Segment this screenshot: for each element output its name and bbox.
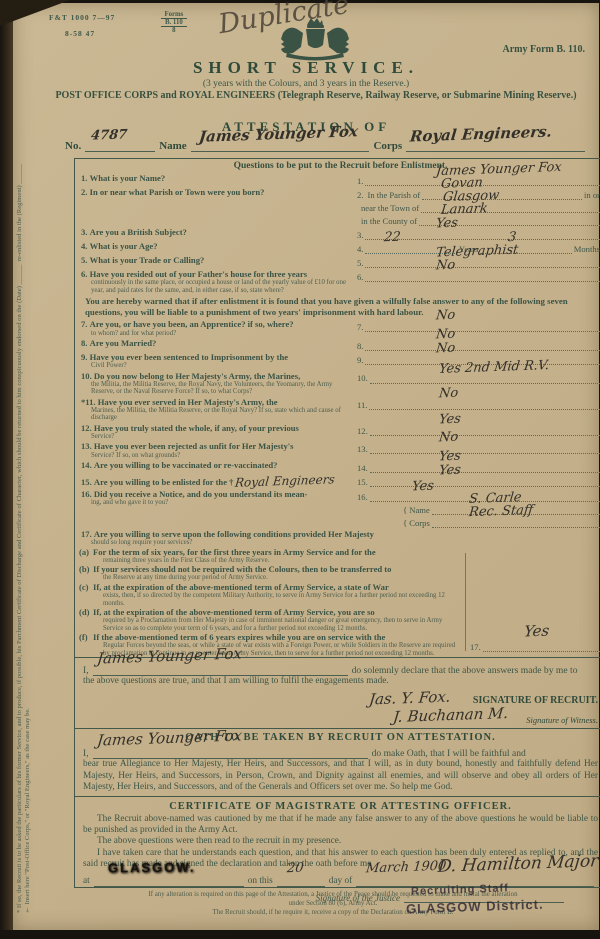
question-number: 16. [81, 489, 92, 499]
condition-label: (c) [79, 582, 89, 592]
day-value: 20 [286, 861, 304, 877]
question-small-print: the Militia, the Militia Reserve, the Ro… [81, 381, 349, 396]
declaration-section: I, James Younger Fox do solemnly declare… [75, 657, 600, 728]
question-text-cell: 10. Do you now belong to Her Majesty's A… [81, 371, 353, 396]
corps-field: Royal Engineers. [406, 137, 585, 152]
question-row-3: 3. Are you a British Subject?3.Yes [75, 226, 600, 240]
answer-number: 4. [357, 244, 363, 254]
answer-dots-value: No [436, 308, 457, 324]
question-small-print: Service? If so, on what grounds? [81, 452, 349, 459]
margin-note-insert-corps: † Insert here "Post-Office Corps," or "R… [24, 83, 32, 913]
question-text-cell: 16. Did you receive a Notice, and do you… [81, 489, 353, 528]
question-small-print: to whom? and for what period? [81, 330, 349, 337]
condition-label: (a) [79, 547, 89, 557]
question-row-5: 5. What is your Trade or Calling?5.Teleg… [75, 254, 600, 268]
question-text: Do you now belong to Her Majesty's Army,… [94, 371, 300, 381]
question-number: 12. [81, 423, 92, 433]
question-number: 13. [81, 441, 92, 451]
answer-line: 10.Yes 2nd Mid R.V. [357, 371, 600, 384]
question-small-print: Service? [81, 433, 349, 440]
answer-number: 10. [357, 373, 368, 383]
condition-label: (b) [79, 564, 90, 574]
answer-line: 13.No [357, 441, 600, 454]
answer-number: 11. [357, 400, 367, 410]
condition-item: (c)If, at the expiration of the above-me… [75, 582, 465, 607]
answer-number: 6. [357, 272, 363, 282]
day-field: 20 [277, 872, 325, 887]
question-text-cell: 4. What is your Age? [81, 241, 353, 254]
question-number: 4. [81, 241, 87, 251]
condition-label: (f) [79, 632, 88, 642]
question-text: Did you receive a Notice, and do you und… [94, 489, 308, 499]
question-text-cell: 15. Are you willing to be enlisted for t… [81, 474, 353, 488]
answer-cell: 11.No [353, 397, 600, 422]
answer-dots-value: No [436, 341, 457, 357]
answer-line: 7.No [357, 319, 600, 332]
question-number: 5. [81, 255, 87, 265]
answer-dots: No [369, 397, 600, 410]
q17-answer: Yes [524, 622, 551, 641]
question-small-print: Civil Power? [81, 362, 349, 369]
answer-cell: 5.Telegraphist [353, 255, 600, 268]
q17-answer-line: Yes [483, 639, 600, 652]
question-small-print: Marines, the Militia, the Militia Reserv… [81, 407, 349, 422]
answer-cell: 7.No [353, 319, 600, 337]
answer-line: 14.Yes [357, 460, 600, 473]
question-small-print: continuously in the same place, or occup… [81, 279, 349, 294]
answer-cell: 6.No [353, 269, 600, 294]
question-text: Are you willing to be enlisted for the † [94, 477, 234, 487]
notice-sub-dots: Rec. Staff [432, 515, 600, 528]
answer-number: 15. [357, 477, 368, 487]
forms-box: Forms B. 110 8 [161, 11, 187, 34]
answer-line: 5.Telegraphist [357, 255, 600, 268]
at-label: at [83, 876, 90, 887]
declaration-name: James Younger Fox [96, 646, 243, 669]
condition-text: If, at the expiration of the above-menti… [93, 582, 389, 592]
question-text: Are you willing to be vaccinated or re-v… [94, 460, 278, 470]
question-small-print: ing, and who gave it to you? [81, 499, 349, 506]
question-row-2: 2. In or near what Parish or Town were y… [75, 186, 600, 226]
question-text-cell: 9. Have you ever been sentenced to Impri… [81, 352, 353, 370]
answer-line: 6.No [357, 269, 600, 282]
questions-list: 1. What is your Name?1.James Younger Fox… [75, 172, 600, 528]
q17-small: should so long require your services? [81, 539, 600, 546]
answer-number: 14. [357, 463, 368, 473]
q17-answer-area: 17. Yes [465, 553, 600, 651]
answer-cell: 13.No [353, 441, 600, 459]
army-form-number: Army Form B. 110. [503, 44, 586, 55]
false-answer-warning: You are hereby warned that if after enli… [75, 294, 600, 318]
answer-cell: 2.In the Parish ofGovanin ornear the Tow… [353, 187, 600, 226]
forms-box-bottom: 8 [161, 27, 187, 34]
question-number: 15. [81, 477, 92, 487]
notice-answer-dots-value: Yes [411, 479, 434, 495]
answer-dots: Yes [370, 423, 600, 436]
answer-number: 3. [357, 230, 363, 240]
answer-line: 8.No [357, 338, 600, 351]
age-years-dots-value: 22 [383, 230, 401, 246]
oath-section: OATH TO BE TAKEN BY RECRUIT ON ATTESTATI… [75, 728, 600, 796]
question-row-11: *11. Have you ever served in Her Majesty… [75, 396, 600, 422]
answer-cell: 16.Yes{ NameS. Carle{ CorpsRec. Staff [353, 489, 600, 528]
condition-text: If your services should not be required … [93, 564, 391, 574]
notice-sub-dots-value: Rec. Staff [468, 503, 534, 521]
subtitle-terms: (3 years with the Colours, and 3 years i… [13, 79, 599, 89]
question-insert-handwriting: Royal Engineers [235, 472, 336, 490]
corps-label: Corps [373, 140, 402, 152]
question-text: What is your Trade or Calling? [90, 255, 205, 265]
question-number: 6. [81, 269, 87, 279]
question-text-cell: 2. In or near what Parish or Town were y… [81, 187, 353, 226]
answer-number: 16. [357, 492, 368, 502]
question-row-10: 10. Do you now belong to Her Majesty's A… [75, 370, 600, 396]
no-field: 4787 [85, 137, 155, 152]
answer-line: 12.Yes [357, 423, 600, 436]
q17-answer-number: 17. [470, 642, 481, 652]
answer-print-label: in or [584, 190, 600, 200]
day-of-label: day of [329, 876, 353, 887]
answer-dots: Yes 2nd Mid R.V. [370, 371, 600, 384]
answer-dots: Telegraphist [365, 255, 600, 268]
answer-dots-value: No [436, 258, 457, 274]
q17-number: 17. [81, 529, 92, 539]
recruit-identity-line: No. 4787 Name James Younger Fox Corps Ro… [65, 137, 589, 152]
parish-answer-line: in the County ofLanark [357, 213, 600, 226]
answer-number: 2. [357, 190, 363, 200]
answer-dots-value: Yes [439, 411, 462, 427]
forms-box-mid: B. 110 [161, 18, 187, 27]
declaration-text2: the above questions are true, and that I… [83, 676, 598, 687]
question-text-cell: 14. Are you willing to be vaccinated or … [81, 460, 353, 473]
witness-signature: J. Buchanan M. [392, 705, 509, 727]
royal-arms-crest-icon [275, 17, 355, 61]
notice-sub-label: { Name [403, 505, 430, 515]
oath-text1: do make Oath, that I will be faithful an… [372, 748, 526, 759]
notice-name-corps: { NameS. Carle{ CorpsRec. Staff [401, 502, 600, 528]
condition-item: (d)If, at the expiration of the above-me… [75, 607, 465, 632]
question-row-16: 16. Did you receive a Notice, and do you… [75, 488, 600, 528]
certificate-title: CERTIFICATE OF MAGISTRATE OR ATTESTING O… [83, 801, 598, 813]
witness-signature-label: Signature of Witness. [526, 715, 598, 725]
question-row-17: 17. Are you willing to serve upon the fo… [75, 528, 600, 547]
margin-note-former-service: * If so, the Recruit is to be asked the … [16, 83, 24, 913]
question-row-12: 12. Have you truly stated the whole, if … [75, 422, 600, 441]
question-row-13: 13. Have you ever been rejected as unfit… [75, 440, 600, 459]
notice-sub-label: { Corps [403, 518, 430, 528]
place-field: GLASGOW. [94, 872, 244, 887]
oath-text2: bear true Allegiance to Her Majesty, Her… [83, 759, 598, 793]
oath-prefix: I, [83, 748, 89, 759]
month-year-value: March 1900 [365, 859, 447, 877]
question-number: 7. [81, 319, 87, 329]
question-number: 1. [81, 173, 87, 183]
questions-box: Questions to be put to the Recruit befor… [74, 158, 600, 888]
scan-edge-left [0, 0, 14, 939]
certificate-para1: The Recruit above-named was cautioned by… [83, 814, 598, 837]
notice-sub-line: { CorpsRec. Staff [401, 515, 600, 528]
question-number: 2. [81, 187, 87, 197]
q17-text: Are you willing to serve upon the follow… [94, 529, 374, 539]
question-text: Are you, or have you been, an Apprentice… [90, 319, 294, 329]
answer-dots: No [370, 441, 600, 454]
answer-number: 1. [357, 176, 363, 186]
answer-print-label: near the Town of [361, 203, 419, 213]
condition-label: (d) [79, 607, 90, 617]
oath-name-field: James Younger Fox [93, 744, 368, 759]
condition-text: If, at the expiration of the above-menti… [93, 607, 375, 617]
answer-line: 11.No [357, 397, 600, 410]
condition-small-print: the Reserve at any time during your peri… [93, 574, 461, 581]
answer-cell: 15.Yes [353, 474, 600, 488]
question-text-cell: 1. What is your Name? [81, 173, 353, 186]
on-this-label: on this [248, 876, 273, 887]
no-value: 4787 [90, 127, 128, 143]
form-code-2: 8-58 47 [65, 29, 95, 38]
question-text: In or near what Parish or Town were you … [90, 187, 265, 197]
corps-value: Royal Engineers. [409, 122, 553, 145]
answer-number: 9. [357, 355, 363, 365]
answer-dots-value: No [439, 430, 460, 446]
question-row-7: 7. Are you, or have you been, an Apprent… [75, 318, 600, 337]
declaration-prefix: I, [83, 665, 89, 676]
question-number: 10. [81, 371, 92, 381]
question-text-cell: 6. Have you resided out of your Father's… [81, 269, 353, 294]
question-number: *11. [81, 397, 96, 407]
answer-cell: 14.Yes [353, 460, 600, 473]
question-text-cell: 5. What is your Trade or Calling? [81, 255, 353, 268]
question-row-6: 6. Have you resided out of your Father's… [75, 268, 600, 294]
question-text: Have you resided out of your Father's ho… [90, 269, 308, 279]
answer-number: 8. [357, 341, 363, 351]
condition-item: (a)For the term of six years, for the fi… [75, 547, 465, 565]
oath-name: James Younger Fox [96, 728, 243, 751]
question-text-cell: *11. Have you ever served in Her Majesty… [81, 397, 353, 422]
question-text-cell: 7. Are you, or have you been, an Apprent… [81, 319, 353, 337]
condition-small-print: exists, then, if so directed by the comp… [93, 592, 461, 607]
answer-dots: No [365, 269, 600, 282]
name-label: Name [159, 140, 187, 152]
margin-notes: * If so, the Recruit is to be asked the … [16, 83, 50, 913]
scan-edge-bottom [0, 930, 600, 939]
question-text-cell: 8. Are you Married? [81, 338, 353, 351]
answer-dots: No [365, 319, 600, 332]
name-field: James Younger Fox [191, 137, 370, 152]
question-row-4: 4. What is your Age?4.22Years3Months [75, 240, 600, 254]
certificate-para2: The above questions were then read to th… [83, 836, 598, 847]
question-number: 14. [81, 460, 92, 470]
question-text: What is your Age? [90, 241, 158, 251]
condition-text: If the above-mentioned term of 6 years e… [93, 632, 385, 642]
answer-dots-value: Yes 2nd Mid R.V. [439, 358, 551, 377]
question-text: What is your Name? [90, 173, 166, 183]
answer-dots: Yes [370, 474, 600, 487]
question-row-8: 8. Are you Married?8.No [75, 337, 600, 351]
declaration-text1: do solemnly declare that the above answe… [352, 665, 578, 676]
answer-cell: 8.No [353, 338, 600, 351]
answer-number: 12. [357, 426, 368, 436]
forms-box-top: Forms [161, 11, 187, 18]
answer-dots: Yes [370, 460, 600, 473]
question-text-cell: 3. Are you a British Subject? [81, 227, 353, 240]
question-text-cell: 13. Have you ever been rejected as unfit… [81, 441, 353, 459]
condition-text: For the term of six years, for the first… [93, 547, 376, 557]
question-text: Have you ever served in Her Majesty's Ar… [98, 397, 278, 407]
no-label: No. [65, 140, 81, 152]
title-short-service: SHORT SERVICE. [13, 58, 599, 78]
question-text: Have you ever been sentenced to Imprison… [90, 352, 288, 362]
answer-number: 7. [357, 322, 363, 332]
glasgow-place-stamp: GLASGOW. [108, 860, 196, 876]
subtitle-corps: POST OFFICE CORPS and ROYAL ENGINEERS (T… [43, 90, 589, 102]
question-row-15: 15. Are you willing to be enlisted for t… [75, 473, 600, 488]
question-row-14: 14. Are you willing to be vaccinated or … [75, 459, 600, 473]
question-number: 8. [81, 338, 87, 348]
condition-small-print: remaining three years in the First Class… [93, 557, 461, 564]
conditions-list: (a)For the term of six years, for the fi… [75, 547, 465, 657]
answer-dots: No [365, 338, 600, 351]
condition-small-print: required by a Proclamation from Her Maje… [93, 617, 461, 632]
answer-print-label: in the County of [361, 216, 417, 226]
question-text-cell: 12. Have you truly stated the whole, if … [81, 423, 353, 441]
question-text: Are you Married? [90, 338, 157, 348]
question-row-1: 1. What is your Name?1.James Younger Fox [75, 172, 600, 186]
answer-cell: 12.Yes [353, 423, 600, 441]
answer-number: 13. [357, 444, 368, 454]
question-number: 3. [81, 227, 87, 237]
answer-line: 15.Yes [357, 474, 600, 487]
question-text: Have you ever been rejected as unfit for… [94, 441, 294, 451]
question-text: Have you truly stated the whole, if any,… [94, 423, 299, 433]
q17-conditions-wrap: (a)For the term of six years, for the fi… [75, 547, 600, 657]
form-code-1: F&T 1000 7—97 [49, 13, 115, 22]
certificate-section: CERTIFICATE OF MAGISTRATE OR ATTESTING O… [75, 796, 600, 906]
answer-number: 5. [357, 258, 363, 268]
attestation-form-page: * If so, the Recruit is to be asked the … [13, 3, 599, 930]
answer-dots-value: Yes [436, 216, 459, 232]
answer-dots-value: No [438, 385, 459, 401]
declaration-name-field: James Younger Fox [93, 661, 348, 676]
question-number: 9. [81, 352, 87, 362]
months-label: Months [574, 244, 600, 254]
answer-print-label: In the Parish of [367, 190, 420, 200]
answer-dots-value: Yes [439, 463, 462, 479]
question-text: Are you a British Subject? [90, 227, 187, 237]
condition-item: (b)If your services should not be requir… [75, 564, 465, 582]
answer-cell: 10.Yes 2nd Mid R.V. [353, 371, 600, 396]
